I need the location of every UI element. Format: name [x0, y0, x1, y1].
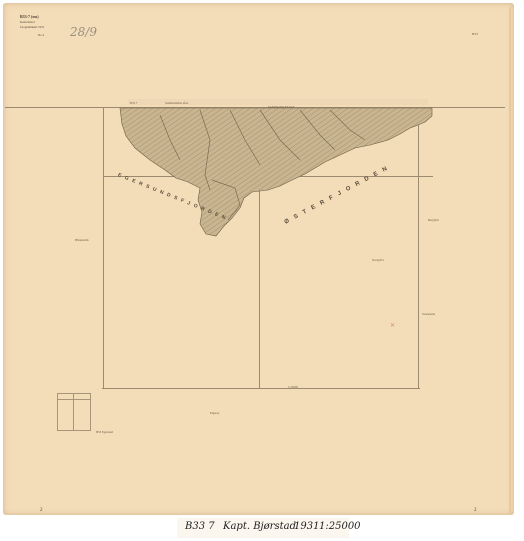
margin-label-right-upper: Bergfjell [428, 218, 439, 222]
header-strip-middle: Sammenstillet efter [165, 101, 188, 105]
caption-author: Kapt. Bjørstad [223, 521, 296, 532]
caption-year: 1931 [294, 521, 319, 532]
inset-label: B33 Egersund [96, 430, 113, 434]
red-pencil-mark: ✕ [390, 322, 395, 329]
place-label-1: Nordgård [372, 258, 384, 262]
margin-label-bottom: Eigerøy [210, 411, 220, 415]
margin-label-left: Hålandsvik [75, 238, 89, 242]
header-strip-left: B33 7 [130, 101, 137, 105]
caption-strip: B33 7 Kapt. Bjørstad 1931 1:25000 [177, 518, 349, 538]
header-strip-right: EGERSUND FYLKE [268, 105, 294, 109]
caption-sheet-id: B33 7 [185, 521, 215, 532]
margin-label-right-lower: Svanesund [422, 312, 435, 316]
index-inset [57, 393, 91, 431]
corner-mark-br: 2 [474, 508, 477, 513]
corner-mark-bl: 2 [40, 508, 43, 513]
land-area [0, 0, 524, 541]
caption-scale: 1:25000 [319, 521, 361, 532]
scale-label: 1:25000 [288, 385, 298, 389]
